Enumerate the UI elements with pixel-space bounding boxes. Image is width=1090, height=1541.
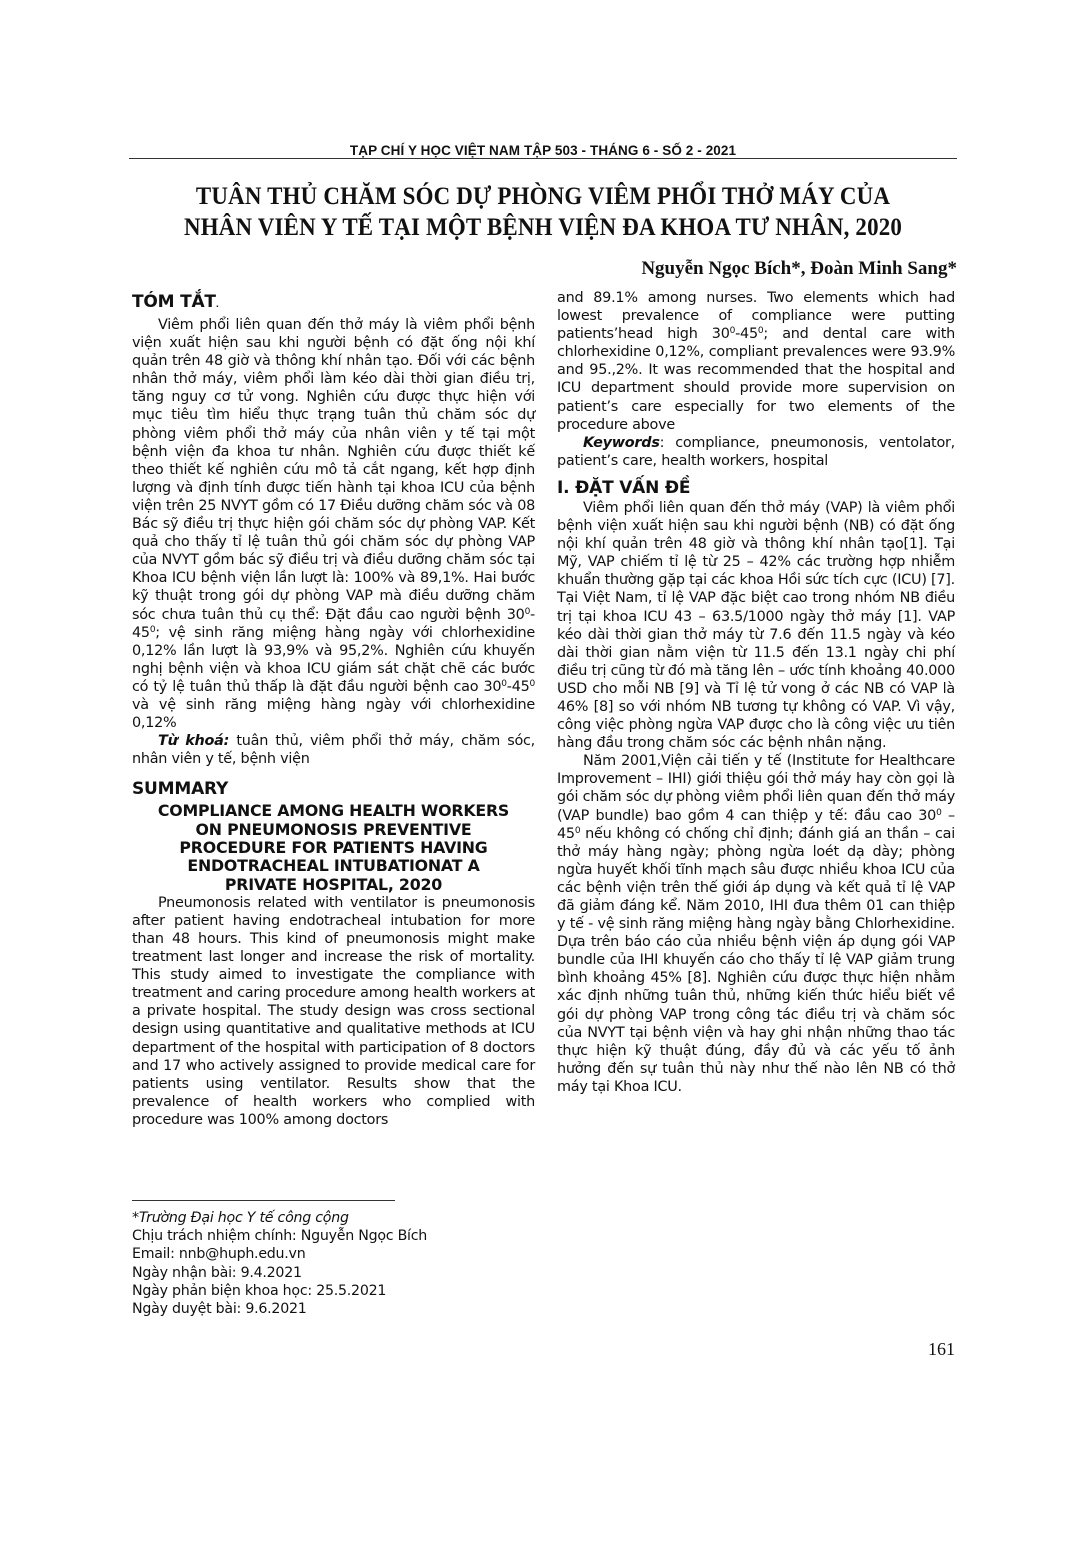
email: Email: nnb@huph.edu.vn bbox=[132, 1245, 542, 1263]
introduction-paragraph-2: Năm 2001,Viện cải tiến y tế (Institute f… bbox=[557, 752, 955, 1096]
left-column: TÓM TẮT. Viêm phổi liên quan đến thở máy… bbox=[132, 291, 535, 1129]
header-rule bbox=[129, 158, 957, 159]
abstract-vi-heading: TÓM TẮT. bbox=[132, 291, 535, 316]
introduction-paragraph-1: Viêm phổi liên quan đến thở máy (VAP) là… bbox=[557, 499, 955, 752]
keywords-label-en: Keywords bbox=[583, 435, 660, 451]
journal-running-header: TẠP CHÍ Y HỌC VIỆT NAM TẬP 503 - THÁNG 6… bbox=[129, 143, 957, 159]
english-title: COMPLIANCE AMONG HEALTH WORKERS ON PNEUM… bbox=[132, 802, 535, 893]
summary-text-left: Pneumonosis related with ventilator is p… bbox=[132, 894, 535, 1129]
date-reviewed: Ngày phản biện khoa học: 25.5.2021 bbox=[132, 1282, 542, 1300]
affiliation: *Trường Đại học Y tế công cộng bbox=[132, 1209, 542, 1227]
title-line-1: TUÂN THỦ CHĂM SÓC DỰ PHÒNG VIÊM PHỔI THỞ… bbox=[170, 180, 915, 211]
title-line-2: NHÂN VIÊN Y TẾ TẠI MỘT BỆNH VIỆN ĐA KHOA… bbox=[170, 211, 915, 242]
keywords-label-vi: Từ khoá: bbox=[158, 733, 229, 749]
article-title: TUÂN THỦ CHĂM SÓC DỰ PHÒNG VIÊM PHỔI THỞ… bbox=[170, 180, 915, 242]
corresponding-author: Chịu trách nhiệm chính: Nguyễn Ngọc Bích bbox=[132, 1227, 542, 1245]
date-accepted: Ngày duyệt bài: 9.6.2021 bbox=[132, 1300, 542, 1318]
summary-text-right: and 89.1% among nurses. Two elements whi… bbox=[557, 289, 955, 434]
summary-keywords: Keywords: compliance, pneumonosis, vento… bbox=[557, 434, 955, 470]
journal-page: TẠP CHÍ Y HỌC VIỆT NAM TẬP 503 - THÁNG 6… bbox=[0, 0, 1090, 1541]
abstract-vi-text: Viêm phổi liên quan đến thở máy là viêm … bbox=[132, 316, 535, 732]
authors: Nguyễn Ngọc Bích*, Đoàn Minh Sang* bbox=[641, 258, 957, 280]
right-column: and 89.1% among nurses. Two elements whi… bbox=[557, 289, 955, 1096]
introduction-heading: I. ĐẶT VẤN ĐỀ bbox=[557, 477, 955, 499]
footnote-rule bbox=[132, 1200, 395, 1201]
abstract-vi-keywords: Từ khoá: tuân thủ, viêm phổi thở máy, ch… bbox=[132, 732, 535, 768]
date-received: Ngày nhận bài: 9.4.2021 bbox=[132, 1264, 542, 1282]
summary-heading: SUMMARY bbox=[132, 778, 535, 800]
page-number: 161 bbox=[928, 1339, 955, 1360]
footnotes: *Trường Đại học Y tế công cộng Chịu trác… bbox=[132, 1209, 542, 1318]
